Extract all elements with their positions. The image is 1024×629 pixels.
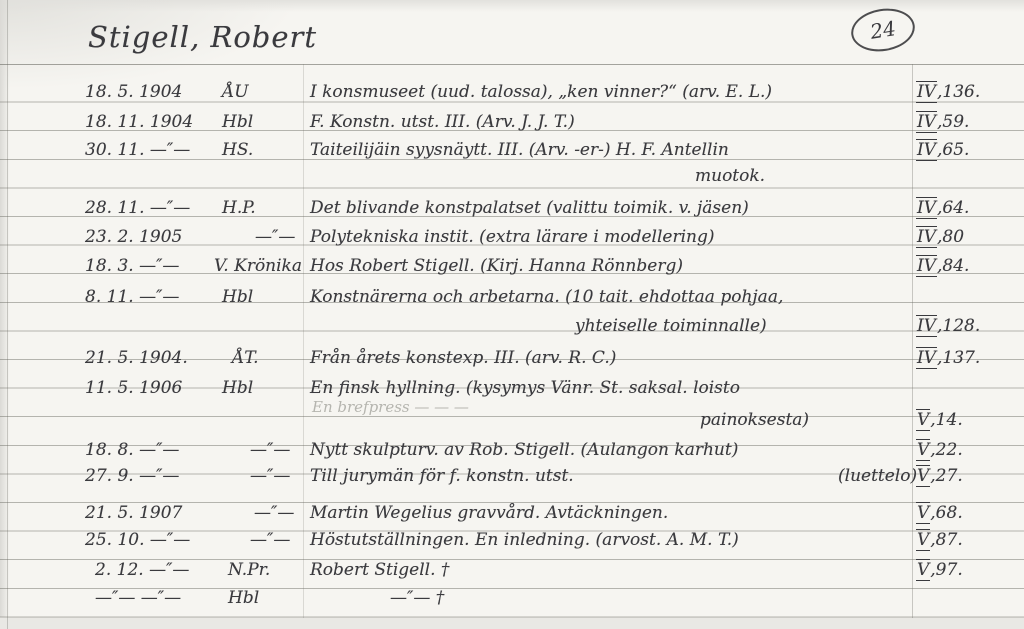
entry-extra: (luettelo)	[838, 466, 917, 486]
entry-text: Det blivande konstpalatset (valittu toim…	[310, 198, 749, 218]
entry-source: Hbl	[228, 588, 259, 608]
entry-continuation: yhteiselle toiminnalle) IV,128.	[0, 316, 1024, 340]
entry-text-continuation: painoksesta)	[700, 410, 809, 430]
entry-text: F. Konstn. utst. III. (Arv. J. J. T.)	[310, 112, 575, 132]
archive-index-card: Stigell, Robert 24 18. 5. 1904 ÅU I kons…	[0, 0, 1024, 629]
entry-date: 18. 5. 1904	[85, 82, 182, 102]
entry-row: 21. 5. 1907 —″— Martin Wegelius gravvård…	[0, 503, 1024, 527]
entry-text: Martin Wegelius gravvård. Avtäckningen.	[310, 503, 668, 523]
entry-row: 18. 8. —″— —″— Nytt skulpturv. av Rob. S…	[0, 440, 1024, 464]
entry-row: 18. 5. 1904 ÅU I konsmuseet (uud. taloss…	[0, 82, 1024, 106]
entry-ref: IV,128.	[916, 316, 980, 336]
entry-date: 11. 5. 1906	[85, 378, 182, 398]
entry-date: 27. 9. —″—	[85, 466, 179, 486]
entry-row: 28. 11. —″— H.P. Det blivande konstpalat…	[0, 198, 1024, 222]
entry-source: ÅU	[222, 82, 249, 102]
entry-text: Från årets konstexp. III. (arv. R. C.)	[310, 348, 616, 368]
entry-ref: IV,64.	[916, 198, 969, 218]
page-number: 24	[869, 16, 898, 44]
entry-source: —″—	[254, 503, 294, 523]
entry-row: 18. 11. 1904 Hbl F. Konstn. utst. III. (…	[0, 112, 1024, 136]
entry-ref: V,68.	[916, 503, 963, 523]
entry-date: —″— —″—	[95, 588, 181, 608]
entry-date: 8. 11. —″—	[85, 287, 179, 307]
entry-source: —″—	[250, 440, 290, 460]
entry-continuation: muotok.	[0, 166, 1024, 190]
entry-date: 18. 3. —″—	[85, 256, 179, 276]
entry-row: 30. 11. —″— HS. Taiteilijäin syysnäytt. …	[0, 140, 1024, 164]
entry-ref: V,97.	[916, 560, 963, 580]
entry-ref: IV,80	[916, 227, 964, 247]
entry-source: H.P.	[222, 198, 256, 218]
scan-shading	[0, 0, 1024, 12]
entry-row: 27. 9. —″— —″— Till jurymän för f. konst…	[0, 466, 1024, 490]
entry-date: 30. 11. —″—	[85, 140, 190, 160]
entry-date: 18. 8. —″—	[85, 440, 179, 460]
entry-row: 25. 10. —″— —″— Höstutställningen. En in…	[0, 530, 1024, 554]
entry-source: ÅT.	[232, 348, 259, 368]
ruled-line	[0, 64, 1024, 65]
entry-text: Nytt skulpturv. av Rob. Stigell. (Aulang…	[310, 440, 738, 460]
entry-row: 8. 11. —″— Hbl Konstnärerna och arbetarn…	[0, 287, 1024, 311]
entry-source: V. Krönika	[214, 256, 302, 276]
page-title: Stigell, Robert	[88, 20, 317, 54]
entry-text: Hos Robert Stigell. (Kirj. Hanna Rönnber…	[310, 256, 683, 276]
entry-text: En finsk hyllning. (kysymys Vänr. St. sa…	[310, 378, 740, 398]
entry-text: I konsmuseet (uud. talossa), „ken vinner…	[310, 82, 772, 102]
entry-ref: IV,136.	[916, 82, 980, 102]
entry-date: 18. 11. 1904	[85, 112, 193, 132]
entry-row: 2. 12. —″— N.Pr. Robert Stigell. † V,97.	[0, 560, 1024, 584]
entry-text: —″— †	[390, 588, 444, 608]
entry-text: Robert Stigell. †	[310, 560, 449, 580]
entry-row: —″— —″— Hbl —″— †	[0, 588, 1024, 612]
entry-ref: V,14.	[916, 410, 963, 430]
entry-ref: IV,137.	[916, 348, 980, 368]
entry-source: Hbl	[222, 287, 253, 307]
entry-text: Konstnärerna och arbetarna. (10 tait. eh…	[310, 287, 783, 307]
entry-date: 21. 5. 1907	[85, 503, 182, 523]
entry-text-continuation: yhteiselle toiminnalle)	[575, 316, 767, 336]
entry-date: 28. 11. —″—	[85, 198, 190, 218]
entry-ref: IV,65.	[916, 140, 969, 160]
entry-ref: IV,59.	[916, 112, 969, 132]
entry-source: Hbl	[222, 112, 253, 132]
entry-date: 23. 2. 1905	[85, 227, 182, 247]
entry-date: 21. 5. 1904.	[85, 348, 188, 368]
entry-date: 2. 12. —″—	[95, 560, 189, 580]
page-number-circle: 24	[848, 4, 918, 55]
entry-source: Hbl	[222, 378, 253, 398]
entry-ref: IV,84.	[916, 256, 969, 276]
entry-ref: V,22.	[916, 440, 963, 460]
entry-text: Taiteilijäin syysnäytt. III. (Arv. -er-)…	[310, 140, 729, 160]
entry-continuation: painoksesta) V,14.	[0, 410, 1024, 434]
entry-text-continuation: muotok.	[695, 166, 765, 186]
entry-source: —″—	[255, 227, 295, 247]
entry-text: Polytekniska instit. (extra lärare i mod…	[310, 227, 715, 247]
entry-text: Till jurymän för f. konstn. utst.	[310, 466, 574, 486]
entry-source: HS.	[222, 140, 253, 160]
entry-source: N.Pr.	[228, 560, 270, 580]
entry-ref: V,87.	[916, 530, 963, 550]
entry-ref: V,27.	[916, 466, 963, 486]
entry-row: 11. 5. 1906 Hbl En finsk hyllning. (kysy…	[0, 378, 1024, 402]
entry-date: 25. 10. —″—	[85, 530, 190, 550]
entry-source: —″—	[250, 530, 290, 550]
entry-text: Höstutställningen. En inledning. (arvost…	[310, 530, 739, 550]
entry-row: 18. 3. —″— V. Krönika Hos Robert Stigell…	[0, 256, 1024, 280]
entry-row: 21. 5. 1904. ÅT. Från årets konstexp. II…	[0, 348, 1024, 372]
entry-row: 23. 2. 1905 —″— Polytekniska instit. (ex…	[0, 227, 1024, 251]
entry-source: —″—	[250, 466, 290, 486]
